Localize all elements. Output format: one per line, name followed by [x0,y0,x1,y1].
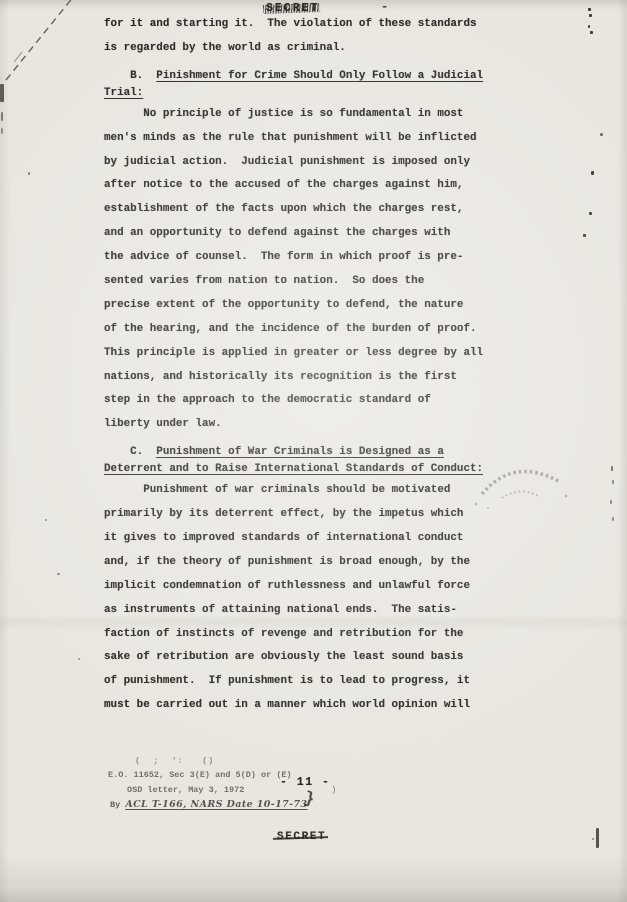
smudge-stamp [468,452,578,517]
paper-speck [588,8,591,11]
line-text: of punishment. If punishment is to lead … [104,675,470,687]
paper-speck [589,14,592,17]
declass-handwritten-signature: ACL T-166, NARS Date 10-17-73 [125,799,307,810]
line-indent [104,108,143,120]
text-line: for it and starting it. The violation of… [104,18,496,42]
paper-speck [592,838,594,840]
line-indent: B. [104,70,156,82]
declass-by-label: By [110,800,125,810]
text-line: Punishment of war criminals should be mo… [104,484,496,508]
paper-speck [588,25,590,28]
line-indent [104,484,143,496]
text-line: establishment of the facts upon which th… [104,203,496,227]
declass-stamp-letter-line: OSD letter, May 3, 1972 [127,785,244,795]
line-text: Pinishment for Crime Should Only Follow … [156,70,483,82]
line-text: and an opportunity to defend against the… [104,227,450,239]
text-line: nations, and historically its recognitio… [104,371,496,395]
line-text: men's minds as the rule that punishment … [104,132,477,144]
line-text: of the hearing, and the incidence of the… [104,323,477,335]
paper-speck [612,480,614,484]
text-line: it gives to improved standards of intern… [104,532,496,556]
edge-ink-mark [1,128,3,134]
paper-speck [590,31,593,34]
paper-speck [600,133,603,136]
heading-line: Trial: [104,87,496,104]
paper-speck [45,519,47,521]
text-line: men's minds as the rule that punishment … [104,132,496,156]
declass-stamp-illegible-line: ( ; ': () [135,756,214,766]
line-text: nations, and historically its recognitio… [104,371,457,383]
line-indent: C. [104,446,156,458]
line-text: primarily by its deterrent effect, by th… [104,508,463,520]
line-text: Punishment of War Criminals is Designed … [156,446,444,458]
line-text: as instruments of attaining national end… [104,604,457,616]
paper-speck [610,500,612,504]
typed-text-block: for it and starting it. The violation of… [104,18,496,723]
line-text: precise extent of the opportunity to def… [104,299,463,311]
text-line: implicit condemnation of ruthlessness an… [104,580,496,604]
line-text: step in the approach to the democratic s… [104,394,431,406]
line-text: by judicial action. Judicial punishment … [104,156,470,168]
paper-speck [583,234,586,237]
text-line: step in the approach to the democratic s… [104,394,496,418]
text-line: This principle is applied in greater or … [104,347,496,371]
classification-stamp-top: SECRET [266,2,319,15]
text-line: must be carried out in a manner which wo… [104,699,496,723]
line-text: is regarded by the world as criminal. [104,42,346,54]
text-line: by judicial action. Judicial punishment … [104,156,496,180]
paper-speck [78,658,80,660]
text-line: precise extent of the opportunity to def… [104,299,496,323]
line-text: No principle of justice is so fundamenta… [143,108,463,120]
text-line: of the hearing, and the incidence of the… [104,323,496,347]
text-line: after notice to the accused of the charg… [104,179,496,203]
text-line: the advice of counsel. The form in which… [104,251,496,275]
classification-stamp-bottom: SECRET [277,831,326,843]
edge-ink-mark [1,112,3,121]
text-line: liberty under law. [104,418,496,442]
handwritten-paren-mark: ) [331,785,336,795]
line-text: establishment of the facts upon which th… [104,203,463,215]
line-text: the advice of counsel. The form in which… [104,251,463,263]
text-line: sake of retribution are obviously the le… [104,651,496,675]
paper-speck [589,212,592,215]
paper-speck [57,573,60,575]
text-line: is regarded by the world as criminal. [104,42,496,66]
line-text: This principle is applied in greater or … [104,347,483,359]
line-text: liberty under law. [104,418,222,430]
line-text: and, if the theory of punishment is broa… [104,556,470,568]
paper-speck [611,466,613,471]
declass-stamp-eo-line: E.O. 11652, Sec 3(E) and 5(D) or (E) [108,770,292,780]
line-text: Trial: [104,87,143,99]
text-line: sented varies from nation to nation. So … [104,275,496,299]
line-text: for it and starting it. The violation of… [104,18,477,30]
line-text: Deterrent and to Raise International Sta… [104,463,483,475]
text-line: faction of instincts of revenge and retr… [104,628,496,652]
line-text: after notice to the accused of the charg… [104,179,463,191]
declass-stamp-by-line: By ACL T-166, NARS Date 10-17-73 [110,799,308,810]
line-text: sented varies from nation to nation. So … [104,275,424,287]
heading-line: Deterrent and to Raise International Sta… [104,463,496,480]
heading-line: B. Pinishment for Crime Should Only Foll… [104,70,496,87]
handwritten-brace-mark: } [302,789,316,810]
text-line: and an opportunity to defend against the… [104,227,496,251]
edge-ink-mark [596,828,599,848]
pencil-mark [0,0,85,95]
text-line: as instruments of attaining national end… [104,604,496,628]
line-text: faction of instincts of revenge and retr… [104,628,463,640]
text-line: No principle of justice is so fundamenta… [104,108,496,132]
top-right-dash-mark: - [381,0,388,14]
text-line: primarily by its deterrent effect, by th… [104,508,496,532]
line-text: Punishment of war criminals should be mo… [143,484,450,496]
edge-ink-mark [0,84,4,102]
text-line: of punishment. If punishment is to lead … [104,675,496,699]
paper-speck [612,517,614,521]
scanned-document-page: { "page": { "classification_top": "SECRE… [0,0,627,902]
paper-speck [28,172,30,175]
page-number: - 11 - [280,776,330,789]
line-text: implicit condemnation of ruthlessness an… [104,580,470,592]
line-text: must be carried out in a manner which wo… [104,699,470,711]
paper-speck [591,171,594,175]
text-line: and, if the theory of punishment is broa… [104,556,496,580]
line-text: sake of retribution are obviously the le… [104,651,463,663]
heading-line: C. Punishment of War Criminals is Design… [104,446,496,463]
line-text: it gives to improved standards of intern… [104,532,463,544]
